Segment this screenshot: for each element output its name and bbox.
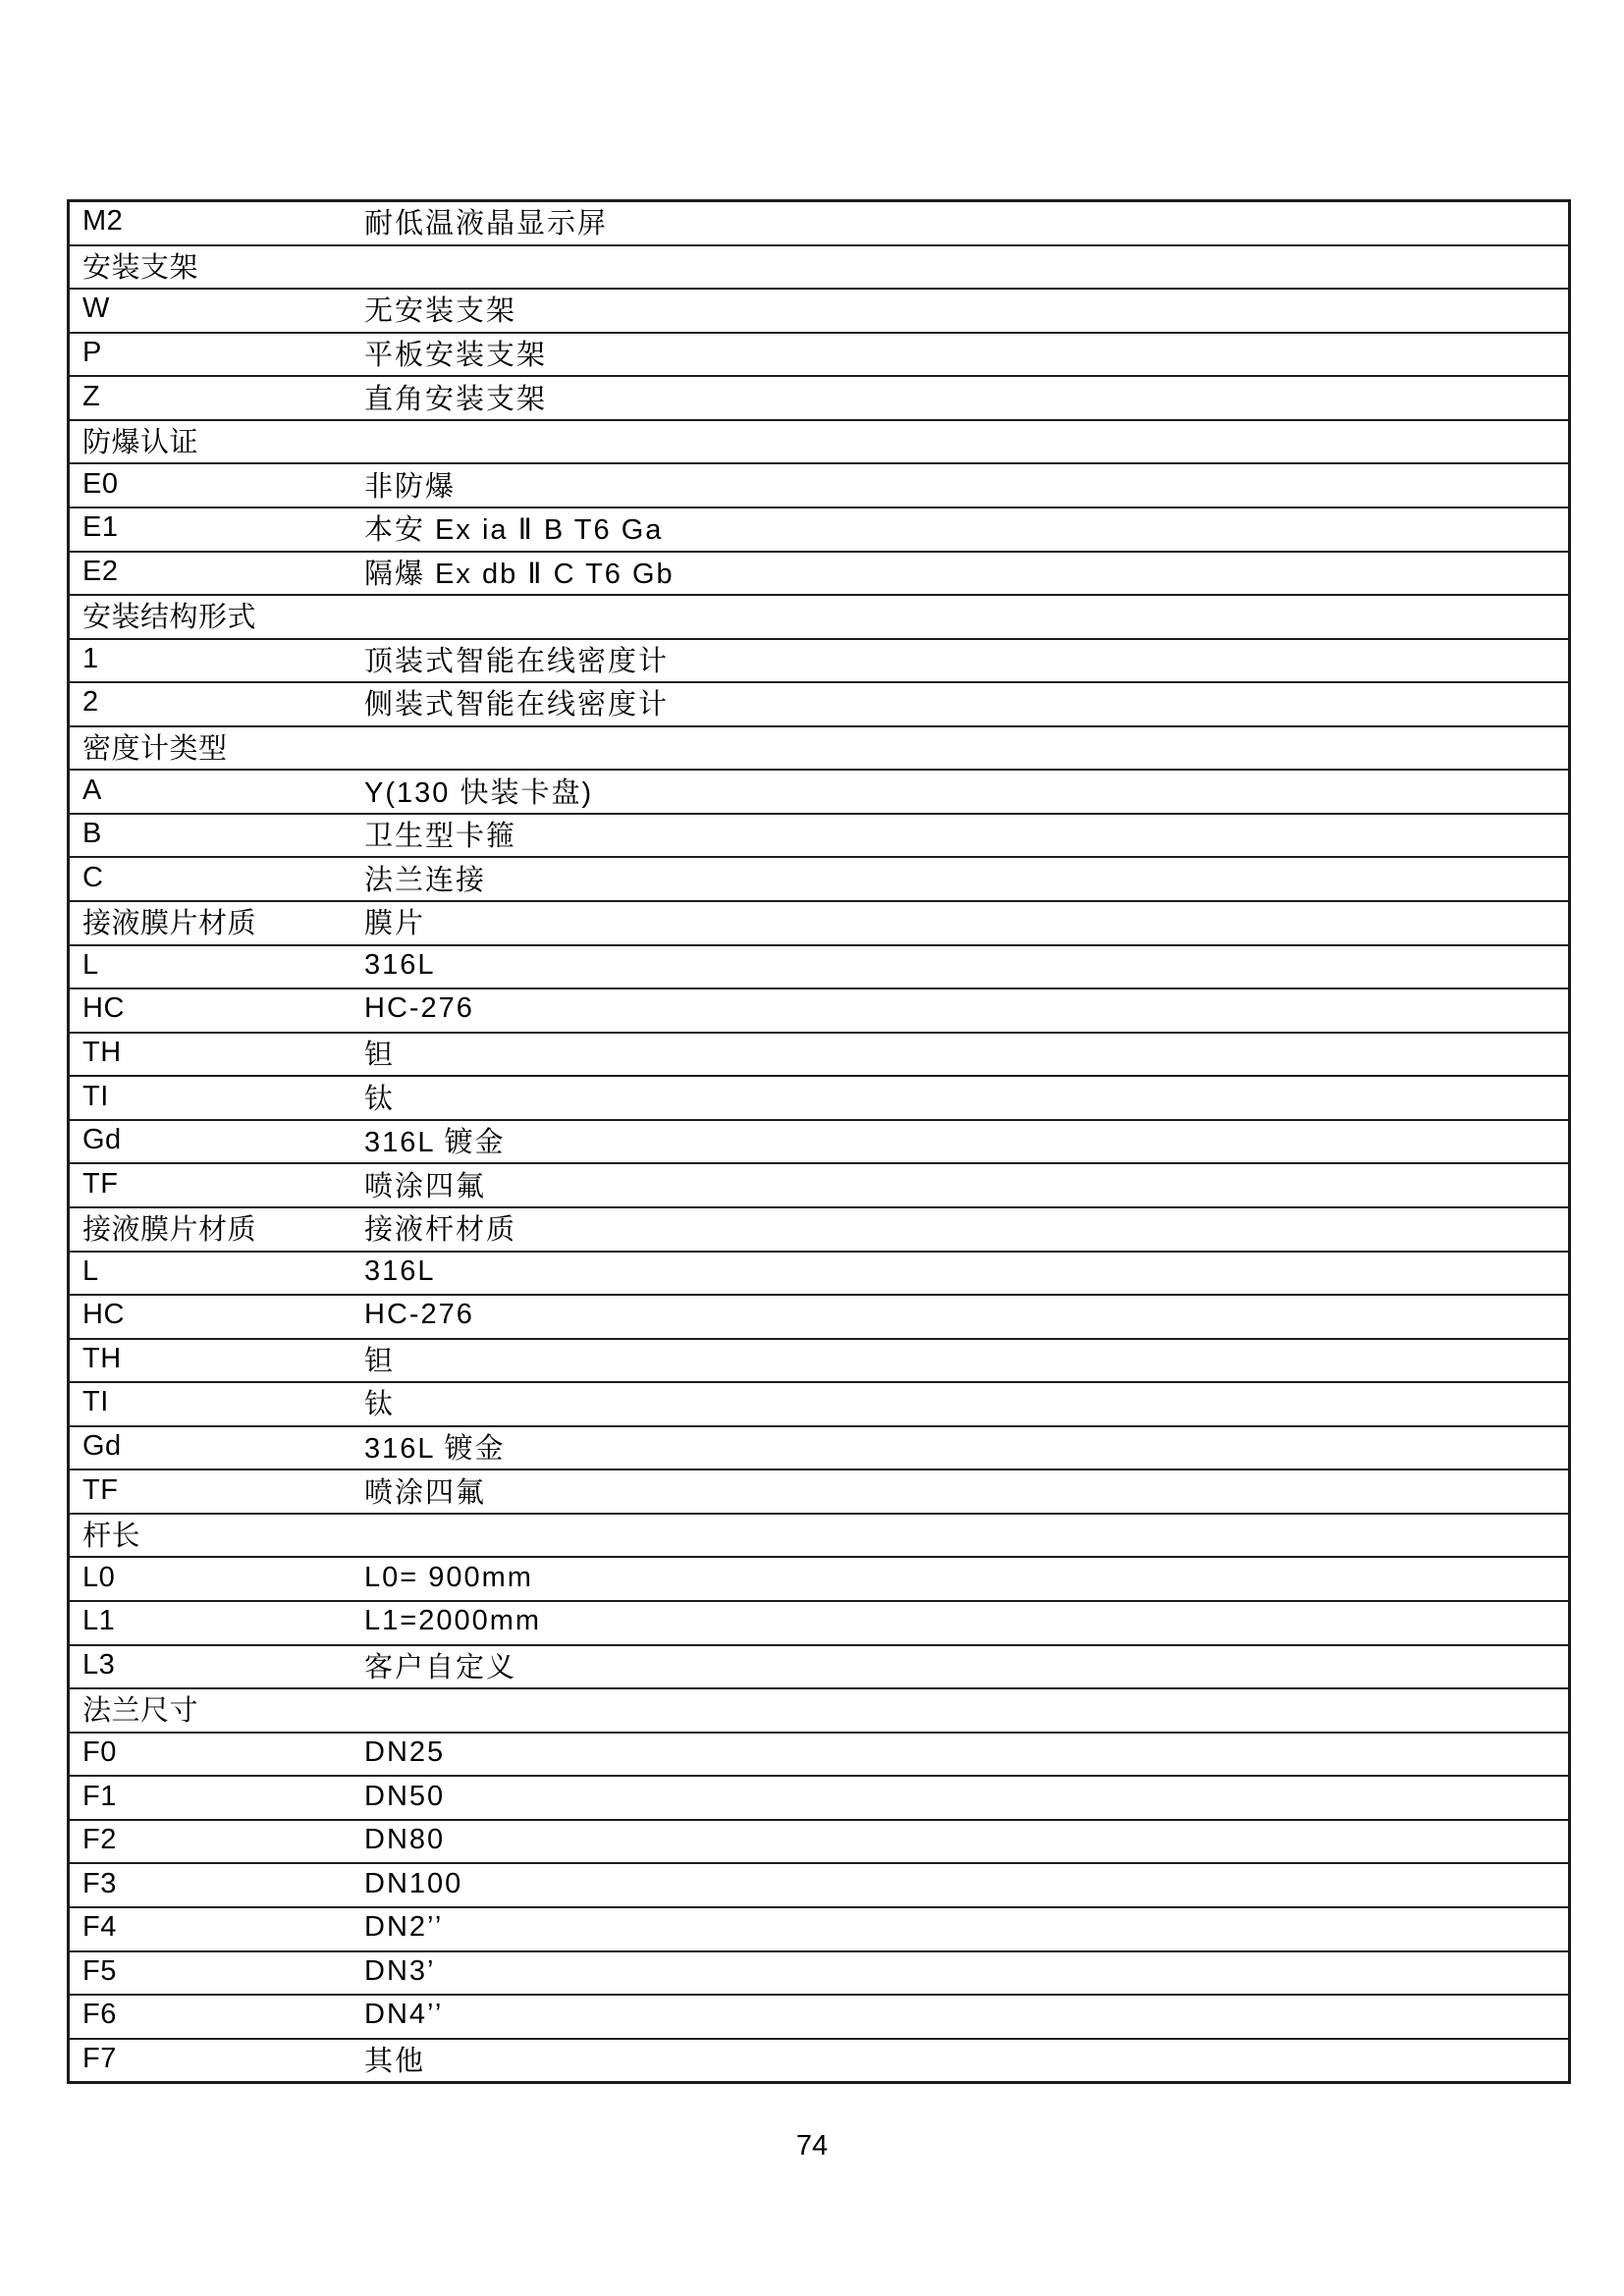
- table-row: F5DN3’: [70, 1952, 1568, 1997]
- option-description: DN3’: [364, 1955, 435, 1988]
- table-row: TI钛: [70, 1383, 1568, 1427]
- document-page: M2耐低温液晶显示屏安装支架W无安装支架P平板安装支架Z直角安装支架防爆认证E0…: [0, 0, 1624, 2296]
- table-row: F1DN50: [70, 1777, 1568, 1821]
- option-code: L: [82, 1255, 99, 1288]
- table-row: TF喷涂四氟: [70, 1470, 1568, 1515]
- option-description: 316L: [364, 949, 436, 982]
- table-row: HCHC-276: [70, 989, 1568, 1034]
- option-description: 平板安装支架: [364, 333, 547, 373]
- option-description: 钛: [364, 1382, 395, 1422]
- option-code: TI: [82, 1081, 109, 1113]
- option-code: HC: [82, 993, 125, 1026]
- table-row: P平板安装支架: [70, 334, 1568, 378]
- option-description: DN2’’: [364, 1911, 443, 1944]
- table-row: W无安装支架: [70, 290, 1568, 334]
- section-header-row: 防爆认证: [70, 421, 1568, 465]
- option-code: F3: [82, 1868, 117, 1900]
- table-row: F7其他: [70, 2040, 1568, 2082]
- table-row: Gd316L 镀金: [70, 1427, 1568, 1471]
- option-code: TH: [82, 1343, 122, 1375]
- option-description: 喷涂四氟: [364, 1469, 486, 1510]
- option-description: 顶装式智能在线密度计: [364, 639, 669, 679]
- option-description: 其他: [364, 2039, 425, 2079]
- section-title: 密度计类型: [82, 726, 228, 767]
- option-description: 喷涂四氟: [364, 1164, 486, 1204]
- table-row: E1本安 Ex ia Ⅱ B T6 Ga: [70, 508, 1568, 553]
- option-description: HC-276: [364, 1300, 474, 1332]
- table-row: L0L0= 900mm: [70, 1558, 1568, 1602]
- table-row: F3DN100: [70, 1864, 1568, 1908]
- option-description: 本安 Ex ia Ⅱ B T6 Ga: [364, 507, 663, 548]
- table-row: F2DN80: [70, 1821, 1568, 1865]
- option-code: E1: [82, 511, 118, 544]
- table-row: Gd316L 镀金: [70, 1121, 1568, 1165]
- table-row: E0非防爆: [70, 464, 1568, 508]
- option-code: F5: [82, 1955, 117, 1988]
- option-description: 耐低温液晶显示屏: [364, 201, 608, 241]
- option-description: L0= 900mm: [364, 1562, 533, 1594]
- option-code: L3: [82, 1649, 115, 1682]
- option-code: TH: [82, 1037, 122, 1069]
- table-row: F4DN2’’: [70, 1908, 1568, 1952]
- option-description: DN4’’: [364, 2000, 443, 2032]
- model-selection-table: M2耐低温液晶显示屏安装支架W无安装支架P平板安装支架Z直角安装支架防爆认证E0…: [67, 199, 1571, 2084]
- option-description: 直角安装支架: [364, 376, 547, 416]
- table-row: 接液膜片材质接液杆材质: [70, 1208, 1568, 1253]
- option-description: 膜片: [364, 901, 425, 941]
- option-code: TF: [82, 1168, 118, 1201]
- option-description: 钛: [364, 1076, 395, 1116]
- table-row: M2耐低温液晶显示屏: [70, 202, 1568, 246]
- option-code: 接液膜片材质: [82, 1207, 256, 1248]
- option-code: HC: [82, 1300, 125, 1332]
- option-code: E2: [82, 556, 118, 588]
- option-code: L: [82, 949, 99, 982]
- option-code: 1: [82, 643, 99, 675]
- table-row: L1L1=2000mm: [70, 1602, 1568, 1646]
- section-title: 防爆认证: [82, 420, 198, 460]
- section-title: 法兰尺寸: [82, 1688, 198, 1729]
- table-row: 接液膜片材质膜片: [70, 902, 1568, 946]
- table-row: L316L: [70, 1253, 1568, 1297]
- option-code: 2: [82, 687, 99, 720]
- option-code: TF: [82, 1474, 118, 1507]
- option-description: 316L 镀金: [364, 1426, 506, 1467]
- option-code: F1: [82, 1781, 117, 1813]
- table-row: TF喷涂四氟: [70, 1164, 1568, 1208]
- section-title: 安装支架: [82, 245, 198, 286]
- section-header-row: 法兰尺寸: [70, 1689, 1568, 1734]
- option-code: B: [82, 818, 102, 850]
- option-description: DN100: [364, 1868, 462, 1900]
- option-code: F7: [82, 2043, 117, 2075]
- table-row: Z直角安装支架: [70, 377, 1568, 421]
- table-row: F0DN25: [70, 1734, 1568, 1778]
- option-description: 316L 镀金: [364, 1120, 506, 1160]
- option-description: HC-276: [364, 993, 474, 1026]
- option-description: 钽: [364, 1033, 395, 1073]
- section-title: 杆长: [82, 1514, 140, 1554]
- page-number: 74: [0, 2130, 1624, 2163]
- option-description: DN50: [364, 1781, 445, 1813]
- option-description: 侧装式智能在线密度计: [364, 682, 669, 722]
- section-title: 安装结构形式: [82, 595, 256, 635]
- option-description: 隔爆 Ex db Ⅱ C T6 Gb: [364, 552, 675, 592]
- option-description: 钽: [364, 1339, 395, 1379]
- option-code: Gd: [82, 1124, 122, 1156]
- option-description: 316L: [364, 1255, 436, 1288]
- option-code: F2: [82, 1824, 117, 1856]
- table-row: 1顶装式智能在线密度计: [70, 640, 1568, 684]
- option-description: 卫生型卡箍: [364, 814, 516, 854]
- option-code: TI: [82, 1387, 109, 1419]
- option-code: 接液膜片材质: [82, 901, 256, 941]
- option-description: 无安装支架: [364, 289, 516, 329]
- table-row: L3客户自定义: [70, 1646, 1568, 1690]
- table-row: HCHC-276: [70, 1296, 1568, 1340]
- option-description: DN25: [364, 1736, 445, 1769]
- table-row: TH钽: [70, 1034, 1568, 1078]
- option-code: A: [82, 774, 102, 807]
- table-row: F6DN4’’: [70, 1996, 1568, 2040]
- option-code: M2: [82, 205, 123, 238]
- section-header-row: 密度计类型: [70, 727, 1568, 772]
- option-code: Z: [82, 381, 100, 413]
- option-description: DN80: [364, 1824, 445, 1856]
- option-code: F6: [82, 2000, 117, 2032]
- option-code: C: [82, 862, 103, 894]
- section-header-row: 安装结构形式: [70, 596, 1568, 640]
- option-description: Y(130 快装卡盘): [364, 770, 593, 810]
- table-row: TI钛: [70, 1077, 1568, 1121]
- option-code: L1: [82, 1605, 115, 1637]
- table-row: B卫生型卡箍: [70, 815, 1568, 859]
- option-code: P: [82, 337, 102, 369]
- option-description: 非防爆: [364, 464, 456, 505]
- table-row: C法兰连接: [70, 858, 1568, 902]
- option-code: F4: [82, 1911, 117, 1944]
- option-code: F0: [82, 1736, 117, 1769]
- option-code: Gd: [82, 1430, 122, 1463]
- table-row: L316L: [70, 946, 1568, 990]
- option-description: 接液杆材质: [364, 1207, 516, 1248]
- option-code: W: [82, 294, 110, 326]
- table-row: AY(130 快装卡盘): [70, 771, 1568, 815]
- section-header-row: 安装支架: [70, 246, 1568, 291]
- table-row: E2隔爆 Ex db Ⅱ C T6 Gb: [70, 553, 1568, 597]
- section-header-row: 杆长: [70, 1515, 1568, 1559]
- option-code: L0: [82, 1562, 115, 1594]
- option-description: 客户自定义: [364, 1645, 516, 1685]
- table-row: 2侧装式智能在线密度计: [70, 683, 1568, 727]
- option-code: E0: [82, 468, 118, 501]
- option-description: 法兰连接: [364, 858, 486, 898]
- table-row: TH钽: [70, 1340, 1568, 1384]
- option-description: L1=2000mm: [364, 1605, 541, 1637]
